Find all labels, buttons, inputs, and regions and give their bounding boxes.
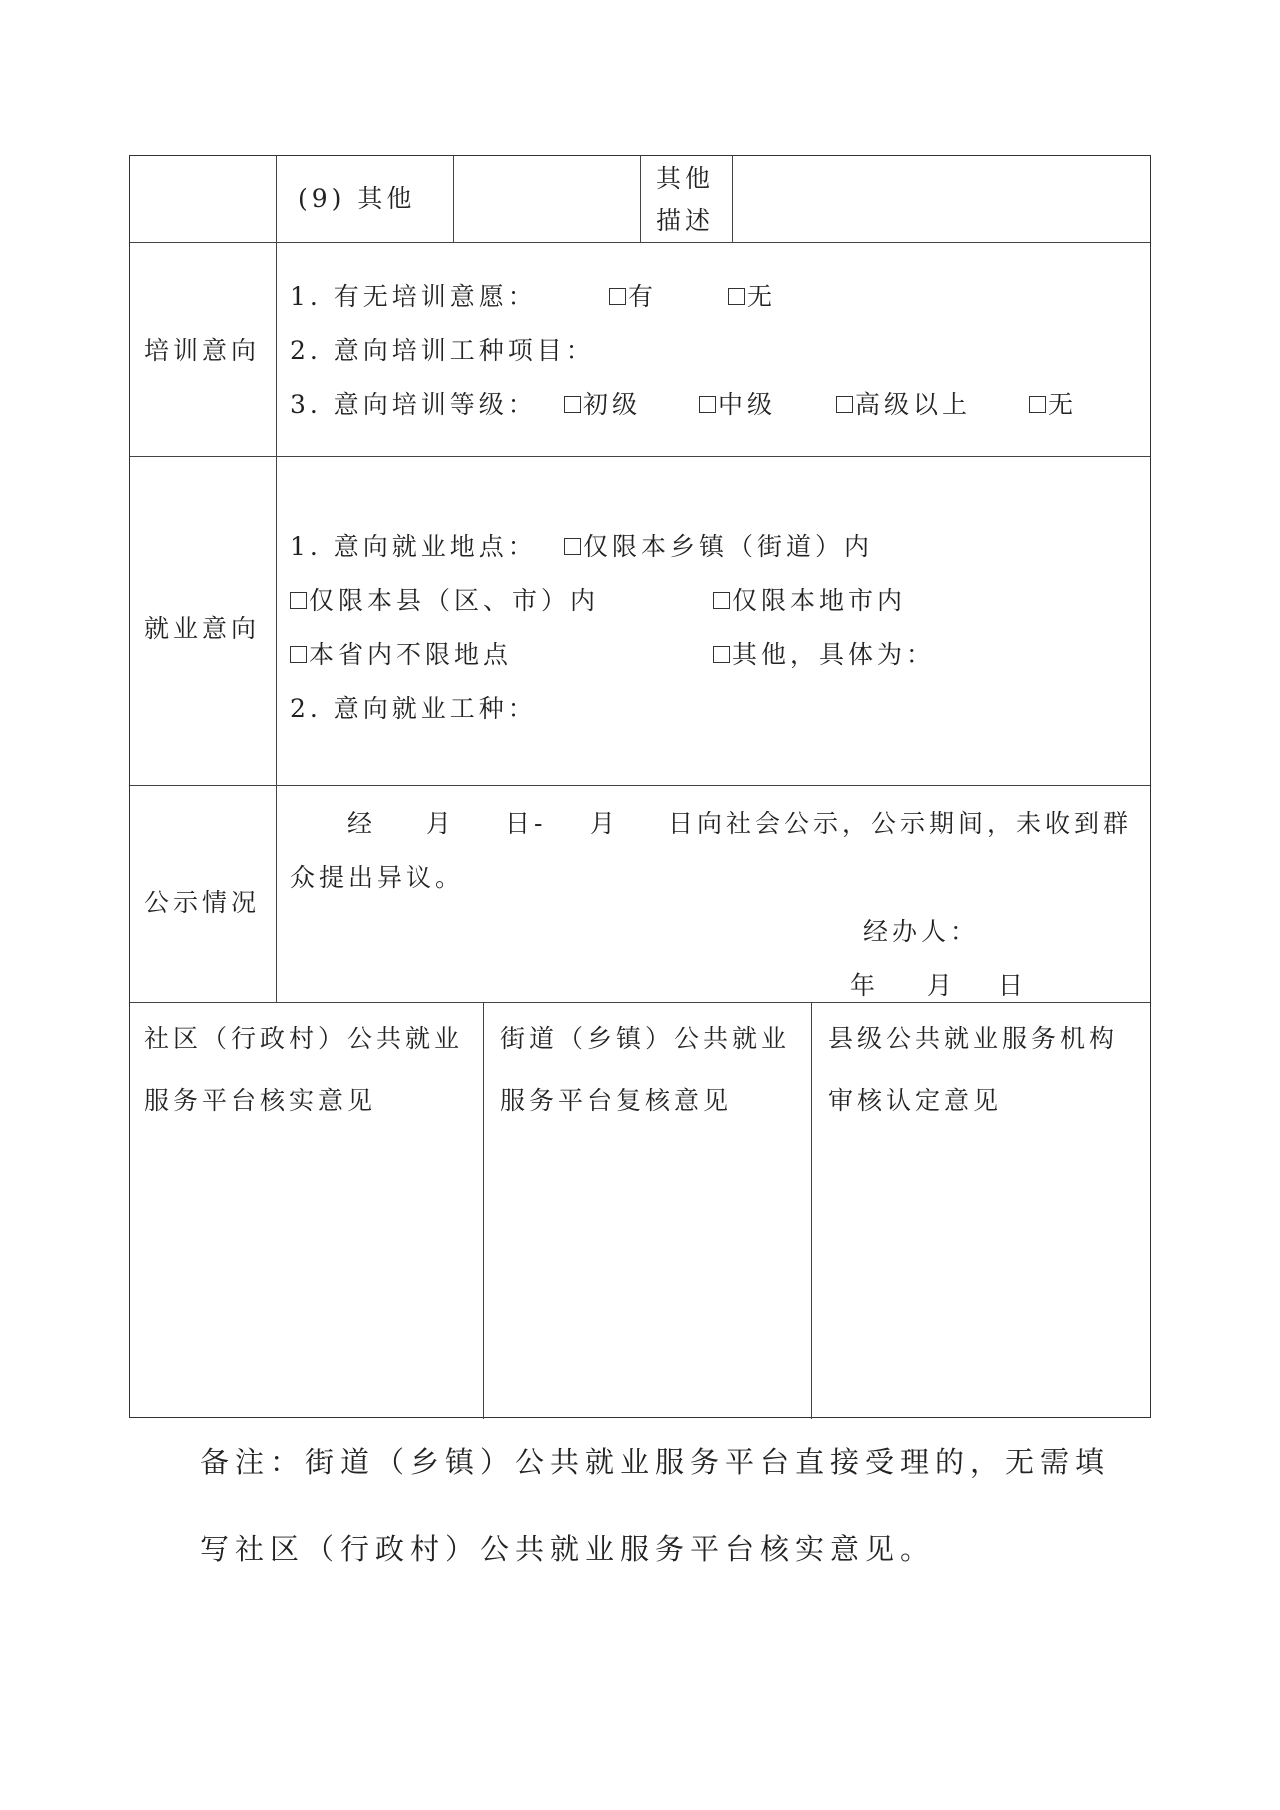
option-label: 初级: [583, 390, 641, 419]
level-middle-option[interactable]: 中级: [699, 392, 776, 417]
county-opinion-title-2: 审核认定意见: [828, 1088, 1002, 1113]
employment-q1: 1. 意向就业地点：: [290, 534, 537, 559]
publicity-jing: 经: [347, 811, 376, 836]
community-opinion-field[interactable]: [132, 1124, 481, 1417]
checkbox[interactable]: [713, 592, 730, 609]
row-divider: [130, 1002, 1150, 1003]
option-label: 中级: [718, 390, 776, 419]
other-desc-label: 其他: [656, 166, 714, 191]
option-label: 仅限本县（区、市）内: [309, 586, 599, 615]
checkbox[interactable]: [728, 288, 745, 305]
location-other-option[interactable]: 其他，具体为：: [713, 642, 935, 667]
level-senior-option[interactable]: 高级以上: [836, 392, 971, 417]
col-divider: [640, 156, 641, 242]
publicity-month-2: 月: [590, 811, 619, 836]
checkbox[interactable]: [699, 396, 716, 413]
training-section-label: 培训意向: [144, 338, 260, 363]
training-yes-option[interactable]: 有: [609, 284, 657, 309]
publicity-day-1: 日-: [505, 811, 546, 836]
date-year: 年: [850, 973, 879, 998]
publicity-sentence: 日向社会公示，公示期间，未收到群: [668, 811, 1132, 836]
option-label: 无: [747, 282, 776, 311]
application-form-table: (9) 其他 其他 描述 培训意向 1. 有无培训意愿： 有 无 2. 意向培训…: [129, 155, 1151, 1418]
level-junior-option[interactable]: 初级: [564, 392, 641, 417]
other-category-label: (9) 其他: [298, 186, 415, 211]
row-divider: [130, 242, 1150, 243]
date-month: 月: [927, 973, 956, 998]
col-divider: [732, 156, 733, 242]
training-no-option[interactable]: 无: [728, 284, 776, 309]
publicity-section-label: 公示情况: [144, 890, 260, 915]
training-q2: 2. 意向培训工种项目：: [290, 338, 595, 363]
col-divider: [811, 1002, 812, 1419]
checkbox[interactable]: [713, 646, 730, 663]
employment-q2: 2. 意向就业工种：: [290, 696, 537, 721]
remark-line-1: 备注：街道（乡镇）公共就业服务平台直接受理的，无需填: [200, 1440, 1110, 1481]
employment-section-label: 就业意向: [144, 616, 260, 641]
other-desc-field[interactable]: [734, 158, 1148, 240]
checkbox[interactable]: [1029, 396, 1046, 413]
checkbox[interactable]: [564, 538, 581, 555]
location-county-option[interactable]: 仅限本县（区、市）内: [290, 588, 599, 613]
other-desc-label-2: 描述: [656, 208, 714, 233]
col-divider: [453, 156, 454, 242]
checkbox[interactable]: [609, 288, 626, 305]
option-label: 仅限本地市内: [732, 586, 906, 615]
street-opinion-field[interactable]: [485, 1124, 809, 1417]
level-none-option[interactable]: 无: [1029, 392, 1077, 417]
county-opinion-field[interactable]: [813, 1124, 1149, 1417]
community-opinion-title-2: 服务平台核实意见: [144, 1088, 376, 1113]
location-city-option[interactable]: 仅限本地市内: [713, 588, 906, 613]
checkbox[interactable]: [290, 646, 307, 663]
location-province-option[interactable]: 本省内不限地点: [290, 642, 512, 667]
county-opinion-title: 县级公共就业服务机构: [828, 1026, 1118, 1051]
option-label: 有: [628, 282, 657, 311]
street-opinion-title: 街道（乡镇）公共就业: [500, 1026, 790, 1051]
col-divider: [276, 156, 277, 1002]
option-label: 无: [1048, 390, 1077, 419]
publicity-line2: 众提出异议。: [290, 865, 464, 890]
option-label: 高级以上: [855, 390, 971, 419]
row-divider: [130, 785, 1150, 786]
row-divider: [130, 456, 1150, 457]
option-label: 仅限本乡镇（街道）内: [583, 532, 873, 561]
remark-line-2: 写社区（行政村）公共就业服务平台核实意见。: [200, 1527, 935, 1568]
option-label: 其他，具体为：: [732, 640, 935, 669]
publicity-month-1: 月: [426, 811, 455, 836]
date-day: 日: [998, 973, 1027, 998]
training-q1: 1. 有无培训意愿：: [290, 284, 537, 309]
checkbox[interactable]: [564, 396, 581, 413]
other-value-field[interactable]: [455, 158, 638, 240]
checkbox[interactable]: [290, 592, 307, 609]
handler-label: 经办人：: [863, 919, 979, 944]
community-opinion-title: 社区（行政村）公共就业: [144, 1026, 463, 1051]
street-opinion-title-2: 服务平台复核意见: [500, 1088, 732, 1113]
col-divider: [483, 1002, 484, 1419]
location-town-option[interactable]: 仅限本乡镇（街道）内: [564, 534, 873, 559]
training-q3: 3. 意向培训等级：: [290, 392, 537, 417]
checkbox[interactable]: [836, 396, 853, 413]
option-label: 本省内不限地点: [309, 640, 512, 669]
